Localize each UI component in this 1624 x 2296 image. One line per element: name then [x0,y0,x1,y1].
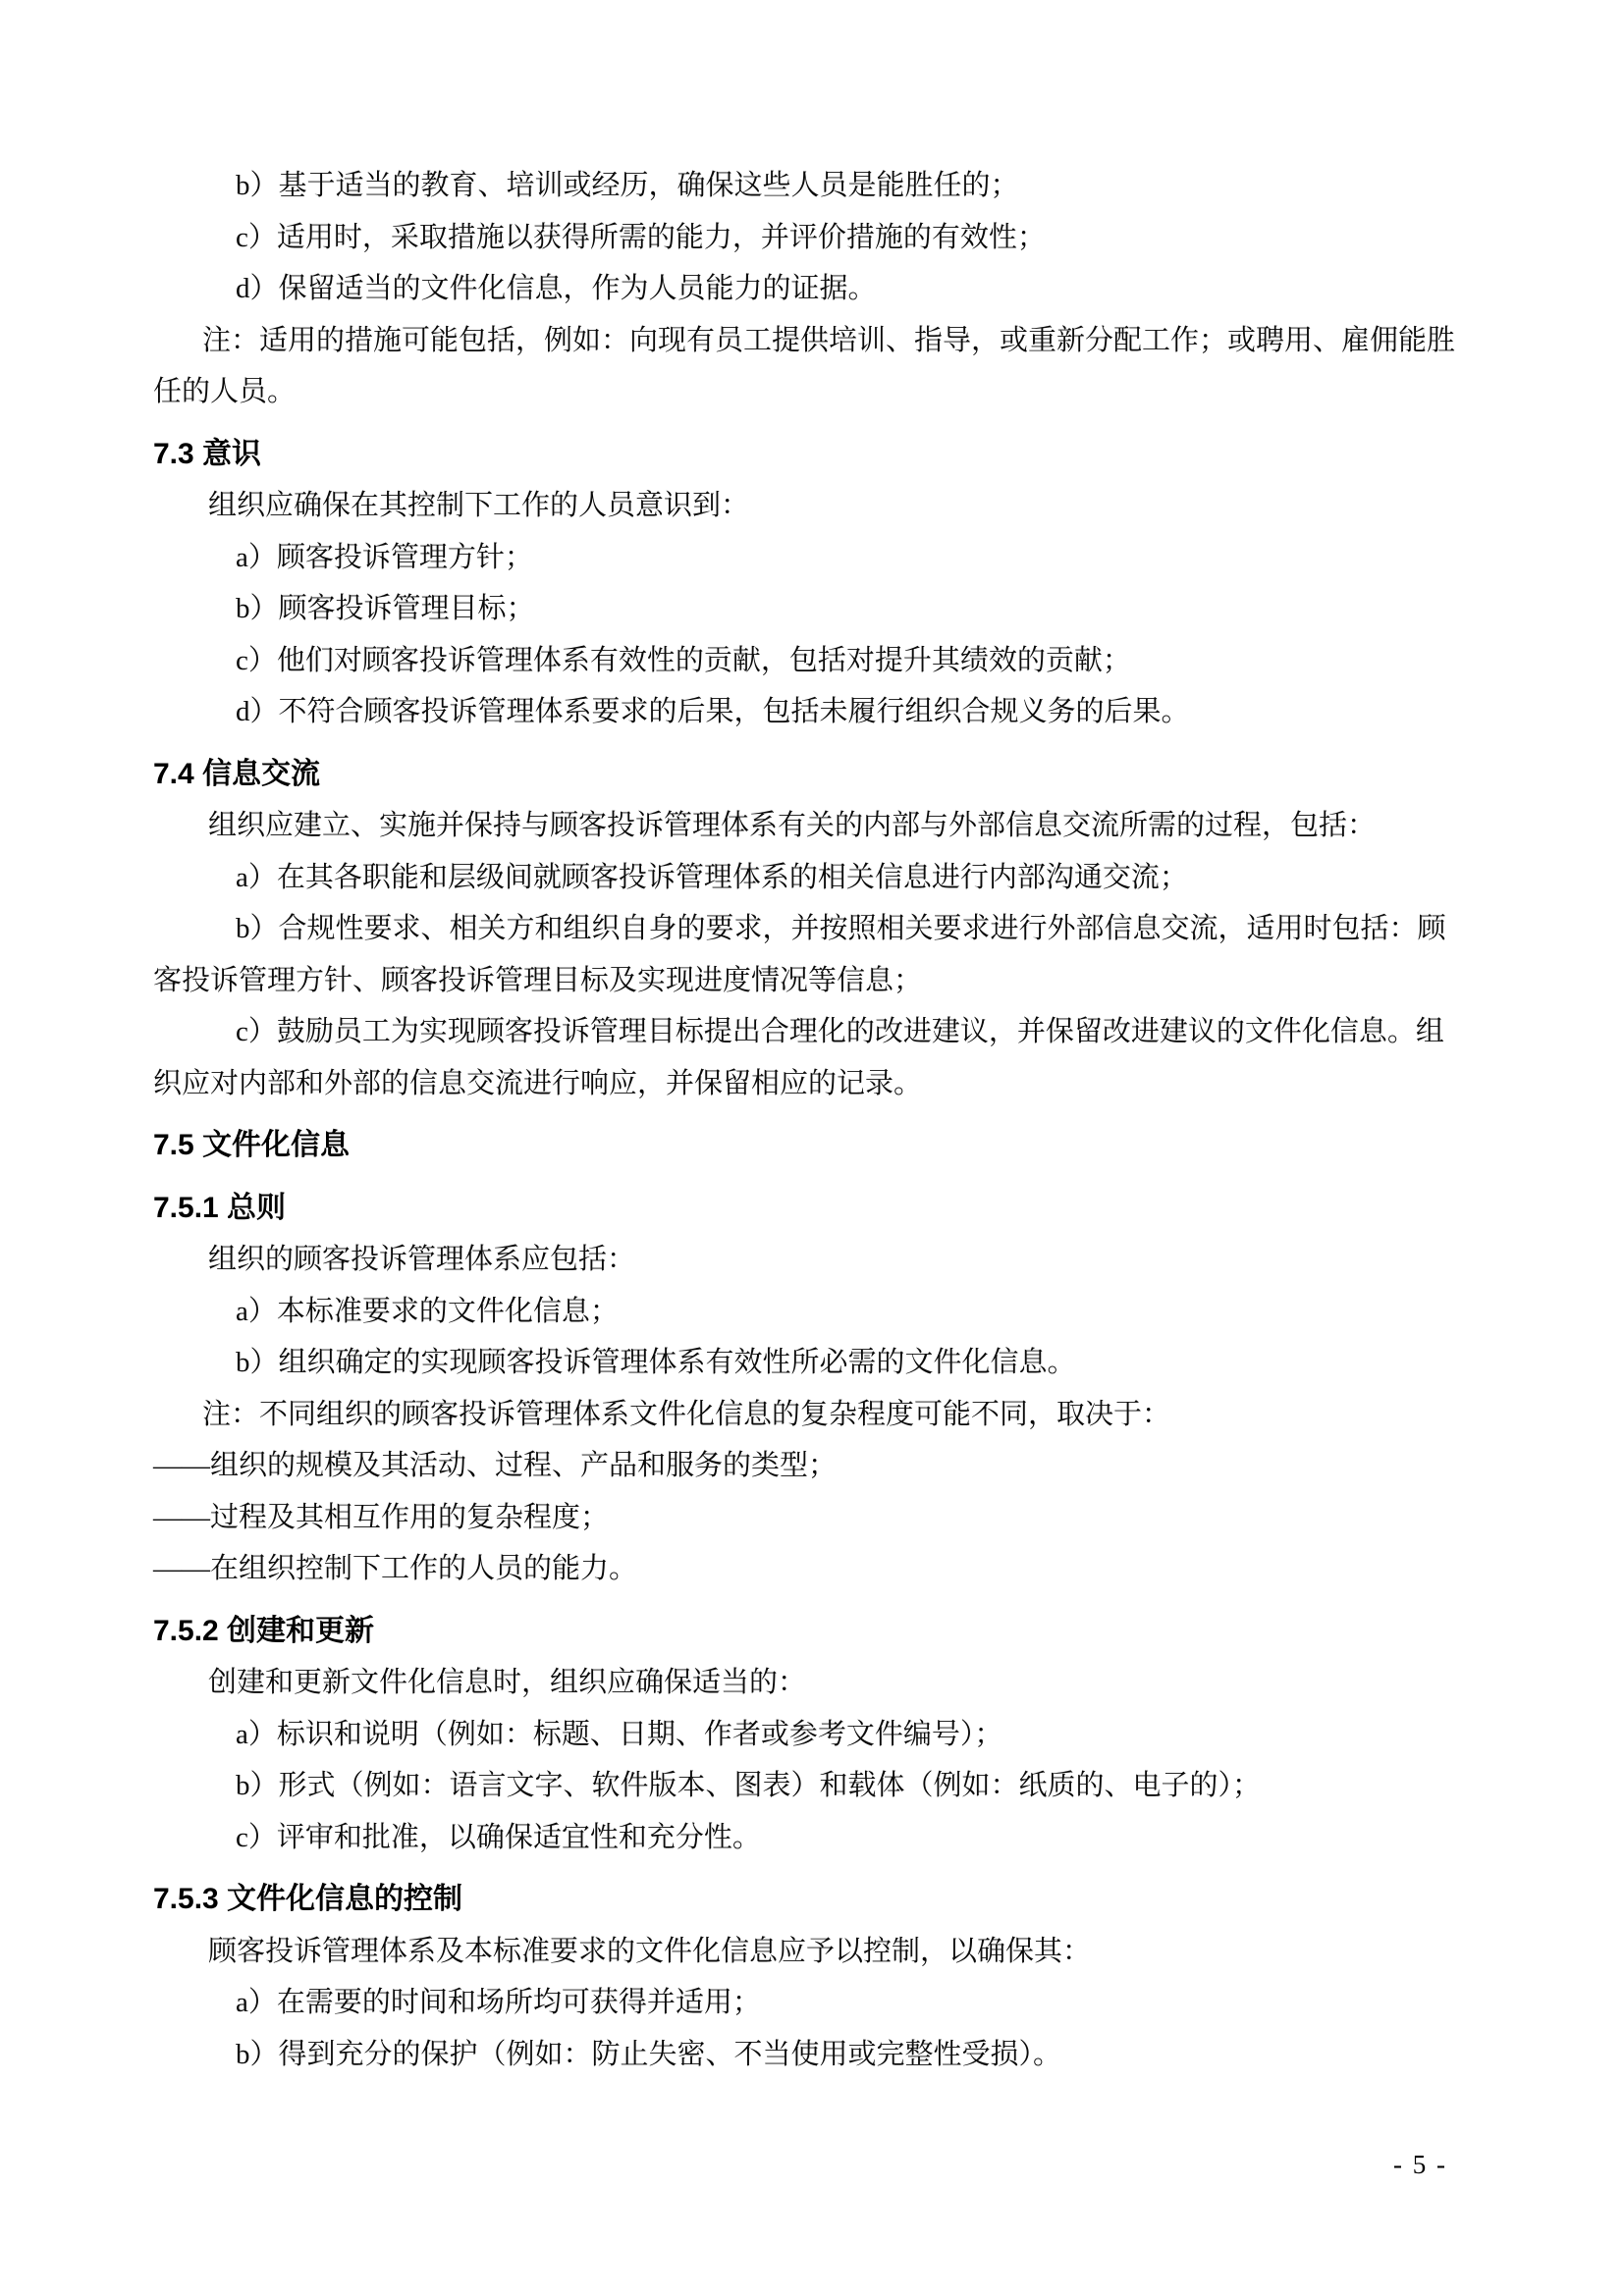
section-7-5-documented-information: 7.5 文件化信息 [153,1120,1471,1172]
paragraph-line: 创建和更新文件化信息时，组织应确保适当的： [208,1657,1471,1709]
list-item: a）标识和说明（例如：标题、日期、作者或参考文件编号）； [236,1709,1471,1761]
list-item: c）评审和批准，以确保适宜性和充分性。 [236,1812,1471,1864]
text-line: 任的人员。 [153,366,1471,418]
list-item: a）在其各职能和层级间就顾客投诉管理体系的相关信息进行内部沟通交流； [236,852,1471,904]
list-item: a）在需要的时间和场所均可获得并适用； [236,1977,1471,2029]
text-line: 织应对内部和外部的信息交流进行响应，并保留相应的记录。 [153,1058,1471,1110]
list-item: c）适用时，采取措施以获得所需的能力，并评价措施的有效性； [236,212,1471,264]
paragraph-line: 组织应确保在其控制下工作的人员意识到： [208,480,1471,532]
section-7-4-communication: 7.4 信息交流 组织应建立、实施并保持与顾客投诉管理体系有关的内部与外部信息交… [153,749,1471,1110]
text-line: 客投诉管理方针、顾客投诉管理目标及实现进度情况等信息； [153,955,1471,1007]
list-item: b）形式（例如：语言文字、软件版本、图表）和载体（例如：纸质的、电子的）； [236,1760,1471,1812]
dash-item: ——过程及其相互作用的复杂程度； [153,1492,1471,1544]
dash-item: ——在组织控制下工作的人员的能力。 [153,1543,1471,1595]
list-item: b）合规性要求、相关方和组织自身的要求，并按照相关要求进行外部信息交流，适用时包… [236,903,1471,955]
list-item: b）得到充分的保护（例如：防止失密、不当使用或完整性受损）。 [236,2029,1471,2081]
section-heading: 7.3 意识 [153,429,1471,481]
list-item: b）基于适当的教育、培训或经历，确保这些人员是能胜任的； [236,160,1471,212]
list-item: b）组织确定的实现顾客投诉管理体系有效性所必需的文件化信息。 [236,1337,1471,1389]
list-item: a）顾客投诉管理方针； [236,532,1471,584]
page-number: - 5 - [1393,2150,1447,2180]
section-heading: 7.5.1 总则 [153,1183,1471,1235]
list-item: c）鼓励员工为实现顾客投诉管理目标提出合理化的改进建议，并保留改进建议的文件化信… [236,1006,1471,1058]
paragraph-line: 组织应建立、实施并保持与顾客投诉管理体系有关的内部与外部信息交流所需的过程，包括… [208,800,1471,852]
section-7-3-awareness: 7.3 意识 组织应确保在其控制下工作的人员意识到： a）顾客投诉管理方针； b… [153,429,1471,738]
list-item: b）顾客投诉管理目标； [236,583,1471,635]
section-heading: 7.4 信息交流 [153,749,1471,801]
document-content: b）基于适当的教育、培训或经历，确保这些人员是能胜任的； c）适用时，采取措施以… [153,160,1471,2080]
list-item: c）他们对顾客投诉管理体系有效性的贡献，包括对提升其绩效的贡献； [236,635,1471,687]
list-item: d）保留适当的文件化信息，作为人员能力的证据。 [236,263,1471,315]
section-heading: 7.5 文件化信息 [153,1120,1471,1172]
paragraph-line: 顾客投诉管理体系及本标准要求的文件化信息应予以控制，以确保其： [208,1926,1471,1978]
section-competence-items: b）基于适当的教育、培训或经历，确保这些人员是能胜任的； c）适用时，采取措施以… [153,160,1471,418]
dash-item: ——组织的规模及其活动、过程、产品和服务的类型； [153,1440,1471,1492]
section-7-5-3-control: 7.5.3 文件化信息的控制 顾客投诉管理体系及本标准要求的文件化信息应予以控制… [153,1874,1471,2080]
section-heading: 7.5.3 文件化信息的控制 [153,1874,1471,1926]
list-item: d）不符合顾客投诉管理体系要求的后果，包括未履行组织合规义务的后果。 [236,686,1471,738]
paragraph-line: 组织的顾客投诉管理体系应包括： [208,1234,1471,1286]
section-7-5-1-general: 7.5.1 总则 组织的顾客投诉管理体系应包括： a）本标准要求的文件化信息； … [153,1183,1471,1595]
list-item: a）本标准要求的文件化信息； [236,1286,1471,1338]
note-line: 注：不同组织的顾客投诉管理体系文件化信息的复杂程度可能不同，取决于： [202,1389,1471,1441]
note-line: 注：适用的措施可能包括，例如：向现有员工提供培训、指导，或重新分配工作；或聘用、… [202,315,1471,367]
section-heading: 7.5.2 创建和更新 [153,1606,1471,1658]
section-7-5-2-creating-updating: 7.5.2 创建和更新 创建和更新文件化信息时，组织应确保适当的： a）标识和说… [153,1606,1471,1864]
